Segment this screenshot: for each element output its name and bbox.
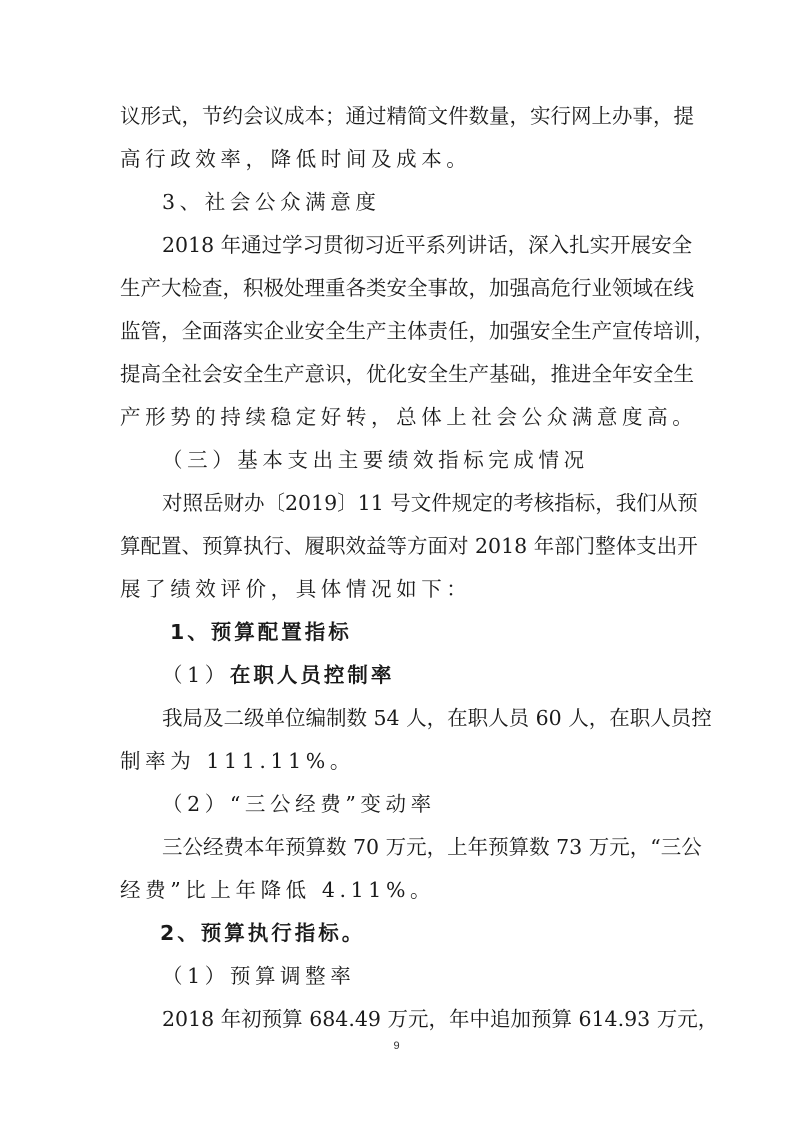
- subheading-prefix: （1）: [162, 663, 230, 687]
- subheading-staff-control-rate: （1）在职人员控制率: [162, 661, 718, 689]
- section-heading-3: 3、社会公众满意度: [162, 188, 718, 216]
- paragraph-line: 制率为 111.11%。: [120, 747, 676, 775]
- paragraph-line: 三公经费本年预算数 70 万元，上年预算数 73 万元，“三公: [162, 833, 676, 861]
- paragraph-line: 生产大检查，积极处理重各类安全事故，加强高危行业领域在线: [120, 274, 676, 302]
- subheading-budget-adjustment-rate: （1）预算调整率: [162, 962, 718, 990]
- section-heading-san: （三）基本支出主要绩效指标完成情况: [162, 446, 718, 474]
- paragraph-line: 2018 年初预算 684.49 万元，年中追加预算 614.93 万元，: [162, 1005, 676, 1033]
- paragraph-line: 议形式，节约会议成本；通过精简文件数量，实行网上办事，提: [120, 102, 676, 130]
- paragraph-line: 我局及二级单位编制数 54 人，在职人员 60 人，在职人员控: [162, 704, 676, 732]
- paragraph-line: 提高全社会安全生产意识，优化安全生产基础，推进全年安全生: [120, 360, 676, 388]
- paragraph-line: 监管，全面落实企业安全生产主体责任，加强安全生产宣传培训，: [120, 317, 676, 345]
- paragraph-line: 算配置、预算执行、履职效益等方面对 2018 年部门整体支出开: [120, 532, 676, 560]
- paragraph-line: 对照岳财办〔2019〕11 号文件规定的考核指标，我们从预: [162, 489, 676, 517]
- document-page: 议形式，节约会议成本；通过精简文件数量，实行网上办事，提 高行政效率，降低时间及…: [0, 0, 793, 1122]
- bold-heading-budget-execution: 2、预算执行指标。: [160, 919, 716, 947]
- paragraph-line: 展了绩效评价，具体情况如下：: [120, 575, 676, 603]
- paragraph-line: 2018 年通过学习贯彻习近平系列讲话，深入扎实开展安全: [162, 231, 676, 259]
- paragraph-line: 高行政效率，降低时间及成本。: [120, 145, 676, 173]
- paragraph-line: 产形势的持续稳定好转，总体上社会公众满意度高。: [120, 403, 676, 431]
- subheading-label: 在职人员控制率: [230, 663, 395, 687]
- page-number: 9: [0, 1040, 793, 1052]
- subheading-three-public-expenses: （2）“三公经费”变动率: [162, 790, 718, 818]
- bold-heading-budget-allocation: 1、预算配置指标: [170, 618, 726, 646]
- paragraph-line: 经费”比上年降低 4.11%。: [120, 876, 676, 904]
